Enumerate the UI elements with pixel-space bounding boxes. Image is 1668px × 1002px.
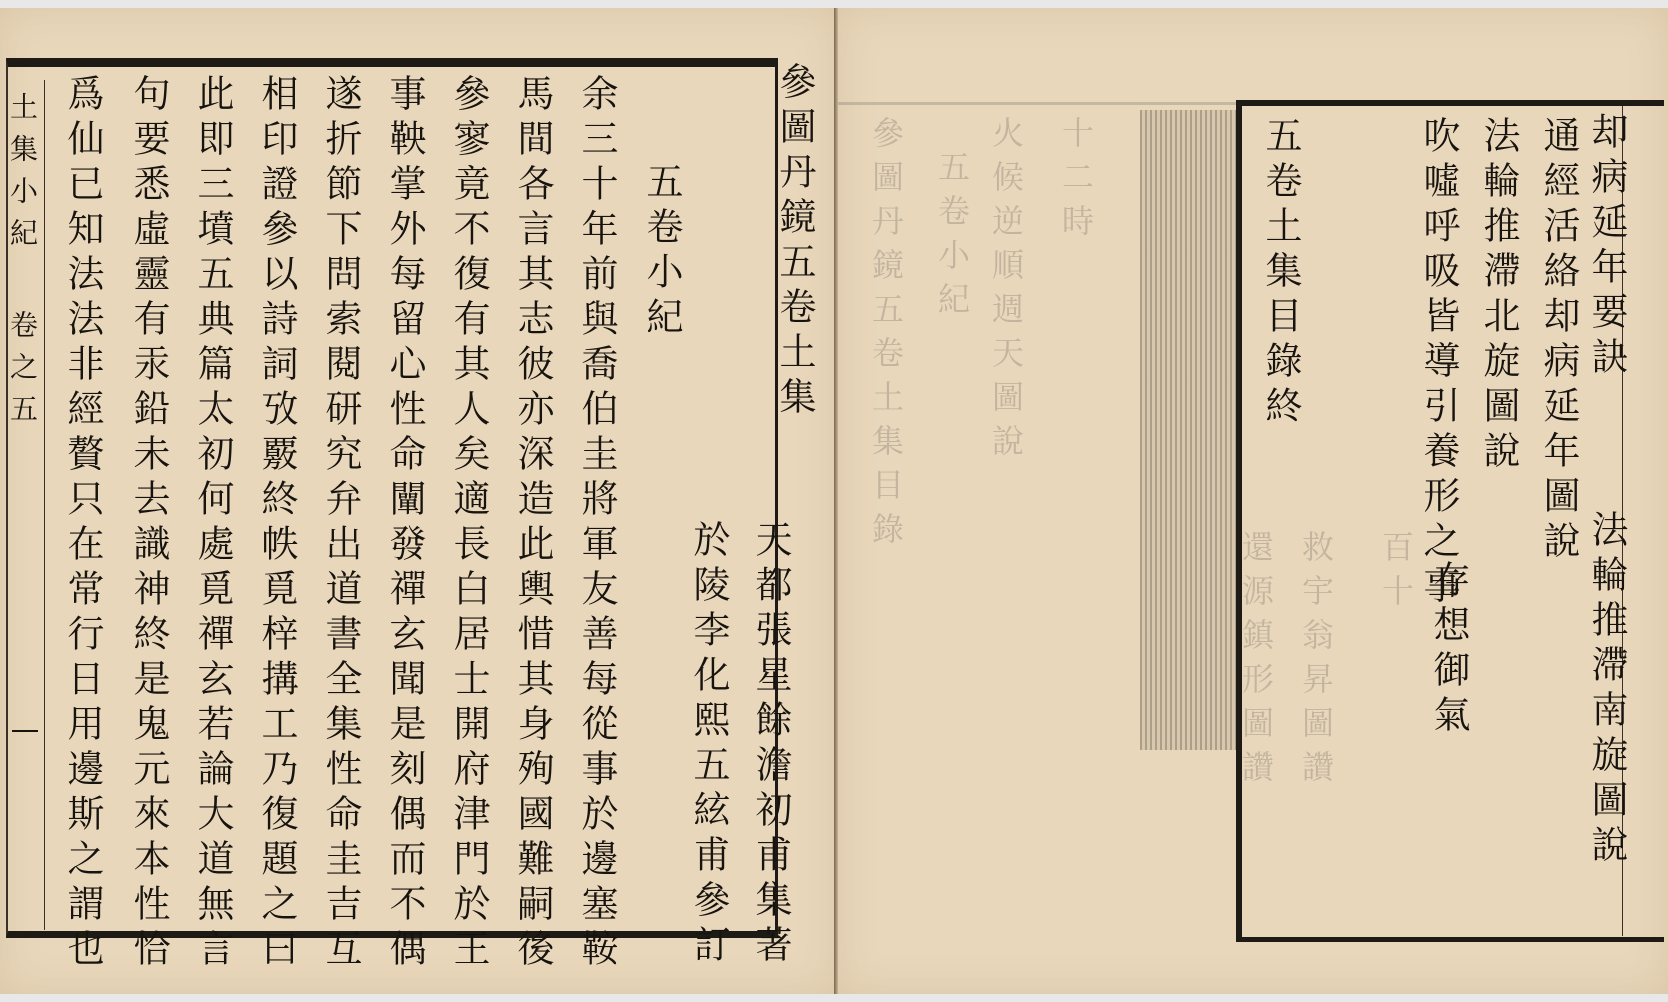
toc-entry-5: 吹噓呼吸皆導引養形之事 (1420, 116, 1457, 611)
ghost-text-4: 十二時 (1060, 116, 1092, 248)
toc-end-mark: 五卷土集目錄終 (1262, 116, 1299, 431)
margin-divider-line (44, 80, 45, 930)
ghost-text-3: 火候逆順週天圖說 (990, 116, 1022, 468)
author-line: 天都張星餘澹初甫集著 (752, 520, 789, 970)
toc-entry-3: 通經活絡却病延年圖說 (1540, 116, 1577, 566)
book-title: 參圖丹鏡五卷土集 (776, 62, 813, 422)
body-column-2: 馬間各言其志彼亦深造此輿惜其身殉國難嗣後 (514, 74, 551, 974)
toc-entry-1: 却病延年要訣 (1588, 112, 1625, 382)
body-column-7: 此即三墳五典篇太初何處覓禪玄若論大道無言 (194, 74, 231, 974)
editor-line: 於陵李化熙五絃甫參訂 (690, 520, 727, 970)
body-column-3: 參寥竟不復有其人矣適長白居士開府津門於王 (450, 74, 487, 974)
body-column-5: 遂折節下問索閱研究弁出道書全集性命圭吉互 (322, 74, 359, 974)
body-column-4: 事鞅掌外每留心性命闡發禪玄聞是刻偶而不偶 (386, 74, 423, 974)
folio-number-mark (12, 730, 38, 732)
section-heading: 五卷小紀 (643, 162, 680, 342)
toc-entry-6: 存想御氣 (1430, 560, 1467, 740)
scanned-book-spread: 土集小紀 卷之五 一 爲仙已知法法非經贅只在常行日用邊斯之謂也 句要悉虛靈有汞鉛… (0, 0, 1668, 1002)
toc-entry-4: 法輪推滯北旋圖說 (1480, 116, 1517, 476)
body-column-8: 句要悉虛靈有汞鉛未去識神終是鬼元來本性恰 (130, 74, 167, 974)
margin-volume-label: 卷之五 (8, 310, 36, 436)
body-column-1: 余三十年前與喬伯圭將軍友善每從事於邊塞鞍 (578, 74, 615, 974)
ghost-text-1: 參圖丹鏡五卷土集目錄 (870, 116, 902, 556)
body-column-9: 爲仙已知法法非經贅只在常行日用邊斯之謂也 (64, 74, 101, 974)
ink-smear-artifact (1140, 110, 1236, 750)
toc-entry-2: 法輪推滯南旋圖說 (1588, 510, 1625, 870)
ghost-text-2: 五卷小紀 (936, 150, 968, 326)
margin-collection-label: 土集小紀 (8, 92, 36, 260)
body-column-6: 相印證參以詩詞攷覈終帙覓梓搆工乃復題之曰 (258, 74, 295, 974)
bleed-through-rule (838, 102, 1238, 105)
